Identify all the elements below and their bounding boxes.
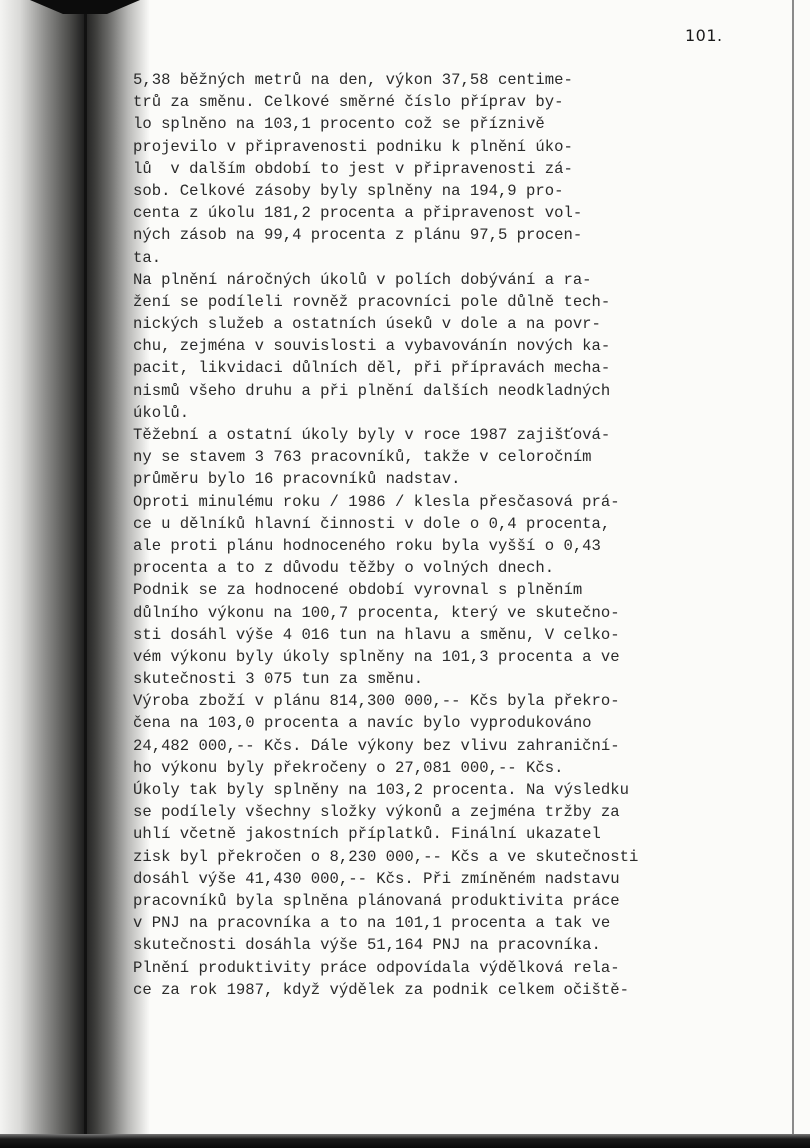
typewritten-body-text: 5,38 běžných metrů na den, výkon 37,58 c… [133, 69, 773, 1001]
scanned-page: 101. 5,38 běžných metrů na den, výkon 37… [0, 0, 810, 1148]
text-line: lů v dalším období to jest v připravenos… [133, 158, 773, 180]
text-line: ta. [133, 247, 773, 269]
text-line: uhlí včetně jakostních příplatků. Fináln… [133, 823, 773, 845]
text-line: chu, zejména v souvislosti a vybavovánín… [133, 335, 773, 357]
text-line: žení se podíleli rovněž pracovníci pole … [133, 291, 773, 313]
text-line: pacit, likvidaci důlních děl, při přípra… [133, 357, 773, 379]
text-line: procenta a to z důvodu těžby o volných d… [133, 557, 773, 579]
page-right-edge [792, 0, 794, 1148]
text-line: v PNJ na pracovníka a to na 101,1 procen… [133, 912, 773, 934]
text-line: se podílely všechny složky výkonů a zejm… [133, 801, 773, 823]
text-line: dosáhl výše 41,430 000,-- Kčs. Při zmíně… [133, 868, 773, 890]
text-line: průměru bylo 16 pracovníků nadstav. [133, 468, 773, 490]
text-line: vém výkonu byly úkoly splněny na 101,3 p… [133, 646, 773, 668]
text-line: trů za směnu. Celkové směrné číslo přípr… [133, 91, 773, 113]
text-line: pracovníků byla splněna plánovaná produk… [133, 890, 773, 912]
text-line: úkolů. [133, 402, 773, 424]
text-line: Oproti minulému roku / 1986 / klesla pře… [133, 491, 773, 513]
text-line: ce za rok 1987, když výdělek za podnik c… [133, 979, 773, 1001]
text-line: sob. Celkové zásoby byly splněny na 194,… [133, 180, 773, 202]
text-line: ce u dělníků hlavní činnosti v dole o 0,… [133, 513, 773, 535]
text-line: Plnění produktivity práce odpovídala výd… [133, 957, 773, 979]
text-line: zisk byl překročen o 8,230 000,-- Kčs a … [133, 846, 773, 868]
text-line: důlního výkonu na 100,7 procenta, který … [133, 602, 773, 624]
text-line: centa z úkolu 181,2 procenta a připraven… [133, 202, 773, 224]
text-line: Na plnění náročných úkolů v polích dobýv… [133, 269, 773, 291]
binding-fold-line [84, 0, 87, 1148]
text-line: projevilo v připravenosti podniku k plně… [133, 136, 773, 158]
text-line: Podnik se za hodnocené období vyrovnal s… [133, 579, 773, 601]
text-line: Úkoly tak byly splněny na 103,2 procenta… [133, 779, 773, 801]
text-line: skutečnosti 3 075 tun za směnu. [133, 668, 773, 690]
text-line: ných zásob na 99,4 procenta z plánu 97,5… [133, 224, 773, 246]
text-line: ny se stavem 3 763 pracovníků, takže v c… [133, 446, 773, 468]
text-line: nismů všeho druhu a při plnění dalších n… [133, 380, 773, 402]
text-line: Výroba zboží v plánu 814,300 000,-- Kčs … [133, 690, 773, 712]
page-number: 101. [685, 26, 723, 45]
text-line: 24,482 000,-- Kčs. Dále výkony bez vlivu… [133, 735, 773, 757]
text-line: ale proti plánu hodnoceného roku byla vy… [133, 535, 773, 557]
text-line: lo splněno na 103,1 procento což se příz… [133, 113, 773, 135]
bottom-scan-shadow [0, 1134, 810, 1148]
binding-gutter-shadow [0, 0, 150, 1148]
text-line: čena na 103,0 procenta a navíc bylo vypr… [133, 712, 773, 734]
text-line: ho výkonu byly překročeny o 27,081 000,-… [133, 757, 773, 779]
text-line: sti dosáhl výše 4 016 tun na hlavu a smě… [133, 624, 773, 646]
text-line: 5,38 běžných metrů na den, výkon 37,58 c… [133, 69, 773, 91]
text-line: nických služeb a ostatních úseků v dole … [133, 313, 773, 335]
text-line: skutečnosti dosáhla výše 51,164 PNJ na p… [133, 934, 773, 956]
text-line: Těžební a ostatní úkoly byly v roce 1987… [133, 424, 773, 446]
